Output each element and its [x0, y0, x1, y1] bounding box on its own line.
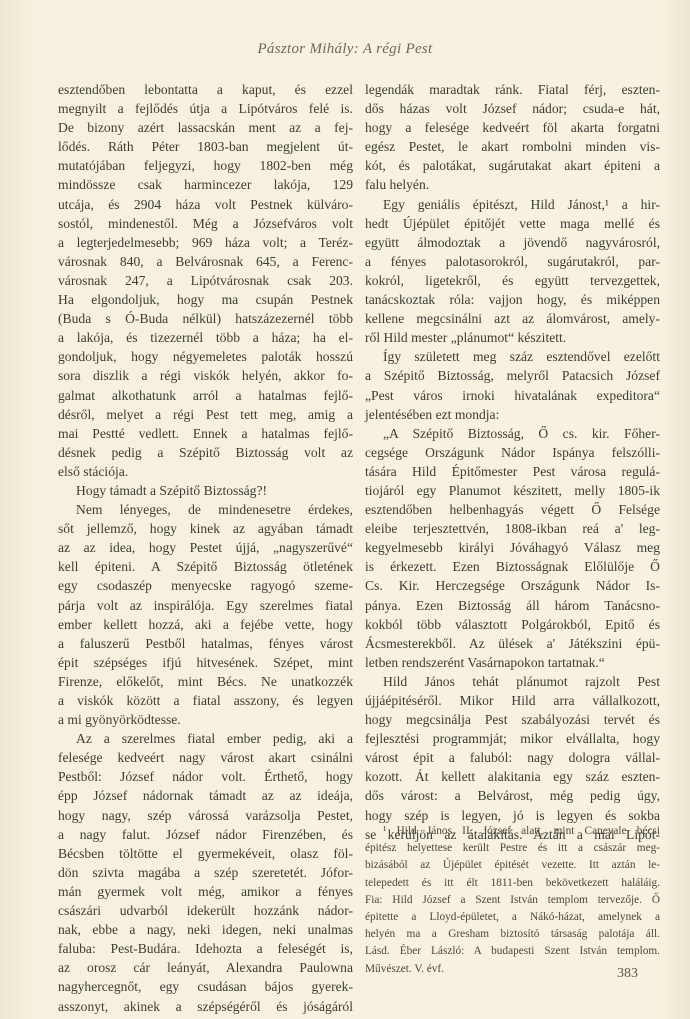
text-line: Hild János tehát plánumot rajzolt Pest: [365, 672, 660, 691]
text-line: nagyhercegnőt, egy csudásan bájos gyerek…: [58, 977, 353, 996]
text-line: a mi gyönyörködtesse.: [58, 710, 353, 729]
text-line: első stációja.: [58, 462, 353, 481]
text-line: Firenze, előkelőt, mint Bécs. Ne unatkoz…: [58, 672, 353, 691]
text-line: kokról, ligetekről, és együtt tervezgett…: [365, 271, 660, 290]
footnote-line: bizásából az Újépület épitését vezette. …: [365, 857, 660, 874]
text-line: letben rendszerént Vasárnapokon tartatna…: [365, 653, 660, 672]
text-line: (Buda s Ó-Buda nélkül) hatszázezernél tö…: [58, 309, 353, 328]
text-line: pánya. Ezen Biztosság áll három Tanácsno…: [365, 596, 660, 615]
footnote-line: épitész helyettese került Pestre és itt …: [365, 840, 660, 857]
page-number: 383: [617, 966, 638, 982]
text-line: dön szivta magába a szép szeretetét. Jóf…: [58, 863, 353, 882]
text-line: ember kellett hozzá, aki a fejébe vette,…: [58, 615, 353, 634]
right-column: legendák maradtak ránk. Fiatal férj, esz…: [365, 80, 660, 844]
text-line: kegyelmesebb királyi Jóváhagyó Válasz me…: [365, 538, 660, 557]
text-line: épit szépséges ifjú hitvesének. Szépet, …: [58, 653, 353, 672]
text-line: dős várost: a Belvárost, még pedig úgy,: [365, 786, 660, 805]
text-line: mán gyermek volt még, amikor a fényes: [58, 882, 353, 901]
footnote-line: Fia: Hild József a Szent István templom …: [365, 892, 660, 909]
text-line: hedt Újépület épitőjét vette maga mellé …: [365, 214, 660, 233]
text-line: Pestből: József nádor volt. Érthető, hog…: [58, 767, 353, 786]
text-line: Bécsben töltötte el gyermekéveit, olasz …: [58, 844, 353, 863]
left-column: esztendőben lebontatta a kaput, és ezzel…: [58, 80, 353, 1016]
text-line: sőt jellemző, hogy kinek az agyában táma…: [58, 519, 353, 538]
text-line: sostól, mindenestől. Még a Józsefváros v…: [58, 214, 353, 233]
text-line: De bizony azért lassacskán ment az a fej…: [58, 118, 353, 137]
text-line: lődés. Ráth Péter 1803-ban megjelent út-: [58, 137, 353, 156]
text-line: désnek pedig a Szépitő Biztosság volt az: [58, 443, 353, 462]
text-line: utcája, és 2904 háza volt Pestnek külvár…: [58, 195, 353, 214]
book-page: Pásztor Mihály: A régi Pest esztendőben …: [0, 0, 690, 1019]
text-line: hogy nagy, szép várossá varázsolja Peste…: [58, 806, 353, 825]
text-line: tására Hild Épitőmester Pest városa regu…: [365, 462, 660, 481]
footnote-line: Művészet. V. évf.: [365, 961, 660, 978]
text-line: kót, és palotákat, sugárutakat akart épi…: [365, 156, 660, 175]
text-line: désről, melyet a régi Pest tett meg, ami…: [58, 405, 353, 424]
text-line: jelentésében ezt mondja:: [365, 405, 660, 424]
text-line: kokból több választott Polgárokból, Epit…: [365, 615, 660, 634]
text-line: tiojáról egy Planumot készitett, melly 1…: [365, 481, 660, 500]
text-line: városnak 247, a Lipótvárosnak csak 203.: [58, 271, 353, 290]
text-line: hogy szép is legyen, jó is legyen és sok…: [365, 806, 660, 825]
text-line: is érkezett. Ezen Biztosságnak Előlülője…: [365, 557, 660, 576]
running-head: Pásztor Mihály: A régi Pest: [0, 41, 690, 58]
text-line: a lakója, és tizezernél több a háza; ha …: [58, 328, 353, 347]
text-line: várost épit a faluból: nagy dologra váll…: [365, 748, 660, 767]
text-line: kell épiteni. A Szépitő Biztosság ötleté…: [58, 557, 353, 576]
footnote: ¹ Hild János II. József alatt, mint Cane…: [365, 823, 660, 978]
footnote-line: telepedett és itt élt 1811-ben bekövetke…: [365, 875, 660, 892]
text-line: galmat alkothatunk arról a hatalmas fejl…: [58, 386, 353, 405]
text-line: újjáépitéséről. Mikor Hild arra vállalko…: [365, 691, 660, 710]
text-line: eleibe terjesztettvén, 1808-ikban reá a'…: [365, 519, 660, 538]
text-line: esztendőben helbenhagyás végett Ő Felség…: [365, 500, 660, 519]
text-line: együtt álmodoztak a jövendő nagyvárosról…: [365, 233, 660, 252]
text-line: felesége kedveért nagy várost akart csin…: [58, 748, 353, 767]
text-line: falu helyén.: [365, 175, 660, 194]
text-line: faluba: Pest-Budára. Idehozta a feleségé…: [58, 939, 353, 958]
text-line: nak, ebbe a nagy, neki idegen, neki unal…: [58, 920, 353, 939]
text-line: a nagy falut. József nádor Firenzében, é…: [58, 825, 353, 844]
text-line: cegsége Országunk Nádor Ispánya felszóll…: [365, 443, 660, 462]
text-line: gondoljuk, hogy négyemeletes paloták hos…: [58, 347, 353, 366]
text-line: párja volt az inspirálója. Egy szerelmes…: [58, 596, 353, 615]
text-line: legendák maradtak ránk. Fiatal férj, esz…: [365, 80, 660, 99]
text-line: városnak 840, a Belvárosnak 645, a Feren…: [58, 252, 353, 271]
text-line: kozott. Át kellett alakitania egy száz e…: [365, 767, 660, 786]
text-line: egész Pestet, le akart rombolni minden v…: [365, 137, 660, 156]
text-line: a fényes palotasorokról, sugárutakról, p…: [365, 252, 660, 271]
text-line: hogy megcsinálja Pest szabályozási tervé…: [365, 710, 660, 729]
text-line: Nem lényeges, de mindenesetre érdekes,: [58, 500, 353, 519]
text-line: Az a szerelmes fiatal ember pedig, aki a: [58, 729, 353, 748]
text-line: sora diszlik a régi viskók helyén, akkor…: [58, 366, 353, 385]
text-line: a faluszerű Pestből hatalmas, fényes vár…: [58, 634, 353, 653]
text-line: „A Szépitő Biztosság, Ő cs. kir. Főher-: [365, 424, 660, 443]
text-line: esztendőben lebontatta a kaput, és ezzel: [58, 80, 353, 99]
text-line: Ácsmesterekből. Az ülések a' Játékszini …: [365, 634, 660, 653]
text-line: a viskók között a fiatal asszony, és leg…: [58, 691, 353, 710]
text-line: a Szépitő Biztosság, melyről Patacsich J…: [365, 366, 660, 385]
text-line: kellene megcsinálni azt az álomvárost, a…: [365, 309, 660, 328]
text-line: épp József nádornak támadt az az ideája,: [58, 786, 353, 805]
text-line: a legterjedelmesebb; 969 háza volt; a Te…: [58, 233, 353, 252]
text-line: tanácskoztak róla: vajjon hogy, és mikép…: [365, 290, 660, 309]
text-line: Így született meg száz esztendővel ezelő…: [365, 347, 660, 366]
text-line: megnyilt a fejlődés útja a Lipótváros fe…: [58, 99, 353, 118]
text-line: mutatójában feljegyzi, hogy 1802-ben még: [58, 156, 353, 175]
footnote-line: Lásd. Éber László: A budapesti Szent Ist…: [365, 943, 660, 960]
text-line: asszonyt, akinek a szépségéről és jóságá…: [58, 997, 353, 1016]
text-line: Egy geniális épitészt, Hild Jánost,¹ a h…: [365, 195, 660, 214]
footnote-line: helyén ma a Gresham biztosító társaság p…: [365, 926, 660, 943]
footnote-line: épitette a Lloyd-épületet, a Nákó-házat,…: [365, 909, 660, 926]
text-line: Ha elgondoljuk, hogy ma csupán Pestnek: [58, 290, 353, 309]
text-line: az az idea, hogy Pestet újjá, „nagyszerű…: [58, 538, 353, 557]
text-line: mai Pestté vedlett. Ennek a hatalmas fej…: [58, 424, 353, 443]
text-line: egy csodaszép menyecske ragyogó szeme-: [58, 576, 353, 595]
text-line: dős házas volt József nádor; csuda-e hát…: [365, 99, 660, 118]
text-line: Cs. Kir. Herczegsége Országunk Nádor Is-: [365, 576, 660, 595]
text-line: fejlesztési programmját; mikor elvállalt…: [365, 729, 660, 748]
text-line: császári udvarból idekerült hozzánk nádo…: [58, 901, 353, 920]
text-line: mindössze csak harmincezer lakója, 129: [58, 175, 353, 194]
footnote-line: ¹ Hild János II. József alatt, mint Cane…: [365, 823, 660, 840]
text-line: „Pest város irnoki hivatalának expeditor…: [365, 386, 660, 405]
text-line: hogy a felesége kedveért föl akarta forg…: [365, 118, 660, 137]
text-line: az orosz cár leányát, Alexandra Paulowna: [58, 958, 353, 977]
text-line: ről Hild mester „plánumot“ készitett.: [365, 328, 660, 347]
text-line: Hogy támadt a Szépitő Biztosság?!: [58, 481, 353, 500]
